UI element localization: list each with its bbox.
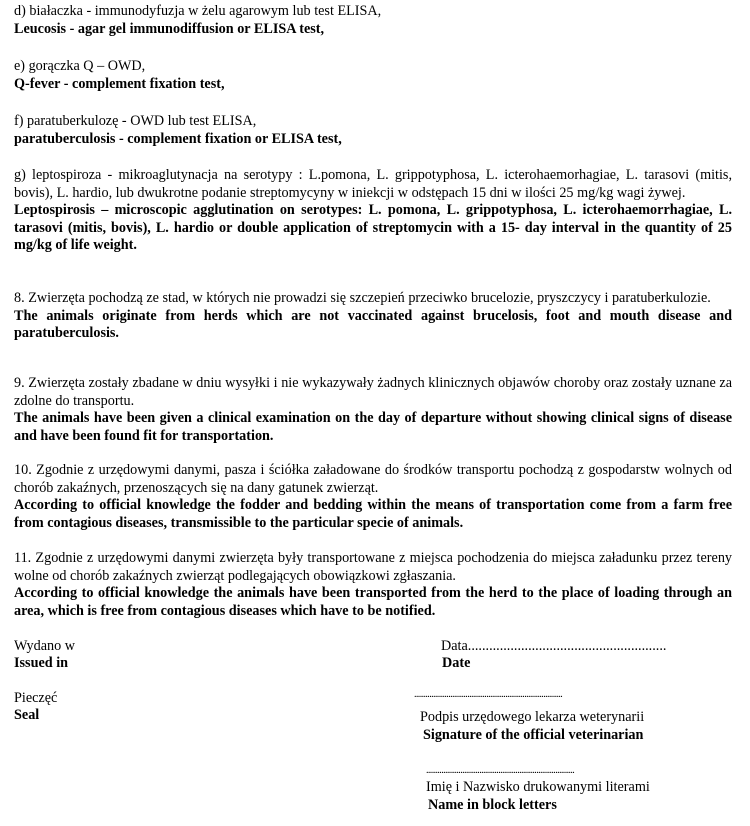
- item-g-polish: g) leptospiroza - mikroaglutynacja na se…: [14, 167, 732, 202]
- item-g-english: Leptospirosis – microscopic agglutinatio…: [14, 202, 732, 255]
- item-e: e) gorączka Q – OWD, Q-fever - complemen…: [14, 58, 732, 93]
- item-e-english: Q-fever - complement fixation test,: [14, 76, 732, 94]
- name-label: Name in block letters: [428, 797, 557, 815]
- date-field-polish: Data....................................…: [441, 638, 666, 656]
- item-8-polish: 8. Zwierzęta pochodzą ze stad, w których…: [14, 290, 732, 308]
- item-g: g) leptospiroza - mikroaglutynacja na se…: [14, 167, 732, 255]
- item-9-polish: 9. Zwierzęta zostały zbadane w dniu wysy…: [14, 375, 732, 410]
- seal-label-polish: Pieczęć: [14, 690, 57, 708]
- signature-label-polish: Podpis urzędowego lekarza weterynarii: [420, 709, 644, 727]
- date-label: Date: [442, 655, 470, 673]
- item-11-english: According to official knowledge the anim…: [14, 585, 732, 620]
- item-d-english: Leucosis - agar gel immunodiffusion or E…: [14, 21, 732, 39]
- item-e-polish: e) gorączka Q – OWD,: [14, 58, 732, 76]
- item-10-english: According to official knowledge the fodd…: [14, 497, 732, 532]
- issued-in-label: Issued in: [14, 655, 68, 673]
- item-8-english: The animals originate from herds which a…: [14, 308, 732, 343]
- item-f-polish: f) paratuberkulozę - OWD lub test ELISA,: [14, 113, 732, 131]
- seal-label: Seal: [14, 707, 39, 725]
- item-9-english: The animals have been given a clinical e…: [14, 410, 732, 445]
- item-d: d) białaczka - immunodyfuzja w żelu agar…: [14, 3, 732, 38]
- item-f: f) paratuberkulozę - OWD lub test ELISA,…: [14, 113, 732, 148]
- name-line: ........................................…: [426, 762, 574, 780]
- item-10-polish: 10. Zgodnie z urzędowymi danymi, pasza i…: [14, 462, 732, 497]
- name-label-polish: Imię i Nazwisko drukowanymi literami: [426, 779, 650, 797]
- item-10: 10. Zgodnie z urzędowymi danymi, pasza i…: [14, 462, 732, 532]
- item-9: 9. Zwierzęta zostały zbadane w dniu wysy…: [14, 375, 732, 445]
- item-d-polish: d) białaczka - immunodyfuzja w żelu agar…: [14, 3, 732, 21]
- item-8: 8. Zwierzęta pochodzą ze stad, w których…: [14, 290, 732, 343]
- item-f-english: paratuberculosis - complement fixation o…: [14, 131, 732, 149]
- signature-label: Signature of the official veterinarian: [423, 727, 643, 745]
- issued-in-label-polish: Wydano w: [14, 638, 75, 656]
- item-11: 11. Zgodnie z urzędowymi danymi zwierzęt…: [14, 550, 732, 620]
- signature-line: ........................................…: [414, 686, 562, 704]
- item-11-polish: 11. Zgodnie z urzędowymi danymi zwierzęt…: [14, 550, 732, 585]
